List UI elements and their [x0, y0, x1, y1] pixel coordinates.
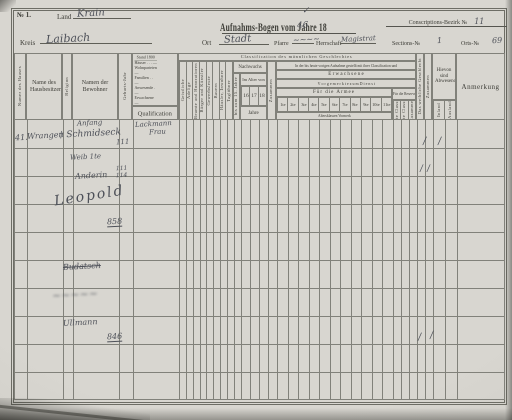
orts-value-handwriting: 69 [492, 37, 503, 46]
classification-title-bar: Classification des männlichen Geschlecht… [178, 53, 416, 61]
army-class-header: 4te [308, 98, 318, 111]
reserve-column-header: 2te Classe [400, 101, 407, 119]
table-header: Numer des Hauses Name des Hausbesitzers … [14, 53, 505, 120]
age-column-header: 18 [258, 87, 266, 105]
category-column-header: Gewerbsleute [206, 62, 213, 119]
kreis-value-handwriting: Laibach [46, 32, 91, 45]
land-label: Land [57, 14, 71, 21]
reserve-label: Für die Reserve [392, 88, 416, 100]
scanned-census-form: № 1. Land Krain Aufnahms-Bogen vom Jahre… [0, 0, 512, 420]
army-class-header: 8te [350, 98, 360, 111]
check-mark: ✓ [302, 7, 310, 16]
ort-blank-line: Stadt [219, 33, 269, 45]
conscription-label: Conscriptions-Bezirk № [409, 20, 468, 26]
corner-shadow-topleft [0, 0, 16, 12]
army-class-header: 7te [339, 98, 349, 111]
army-foot-label: Altersklassen Vormerk [276, 112, 392, 120]
sheet-number: № 1. [17, 12, 31, 19]
grid-horizontal-line [15, 288, 504, 289]
legend-row: Wohnparteien — [135, 66, 157, 76]
column-house-number: Numer des Hauses [14, 53, 26, 120]
grid-horizontal-line [15, 344, 504, 345]
qualification-category-columns: GeistlicheAdeligeBeamte und Honoratioren… [178, 61, 233, 120]
reserve-column-header: 1te Classe [393, 101, 400, 119]
ort-label: Ort [202, 40, 211, 47]
army-class-header: 6te [329, 98, 339, 111]
conscription-district-box: Conscriptions-Bezirk № 11 [386, 12, 507, 27]
orts-label: Orts-№ [461, 41, 479, 47]
army-label-bar: Für die Armee [276, 88, 392, 97]
grid-horizontal-line [15, 204, 504, 205]
kreis-label: Kreis [20, 40, 35, 47]
pfarre-blank-line: ~~~~ [292, 36, 314, 44]
grid-horizontal-line [15, 232, 504, 233]
grid-horizontal-line [15, 176, 504, 177]
grid-horizontal-line [15, 372, 504, 373]
table-body-grid [14, 120, 505, 400]
army-class-header: 2te [287, 98, 297, 111]
qualification-label: Qualification [132, 106, 178, 120]
earmarked-for-service-bar: V o r g e m e r k t e z u m D i e n s t [276, 79, 416, 88]
sections-label: Sections-№ [392, 41, 420, 47]
age-column-header: 17 [249, 87, 257, 105]
nachwuchs-label: Nachwuchs [233, 61, 267, 73]
category-column-header: Geistliche [179, 62, 186, 119]
age-unit-label: Jahre [240, 106, 267, 120]
category-column-header: Häusler, Inwohner [219, 62, 226, 119]
land-value-handwriting: Krain [77, 8, 105, 19]
remarks-column: Anmerkung [456, 53, 505, 120]
column-birth-year: Geburts-Jahr [118, 53, 132, 120]
legend-row: Anwesende . — [135, 86, 157, 96]
category-column-header: Taglöhner [225, 62, 232, 119]
grand-total-column: Zusammen [424, 53, 432, 120]
female-sex-column: Das weibliche Geschlecht [416, 53, 424, 120]
qualification-legend-box: Stand 1800Häuser . . . —Wohnparteien —Fa… [132, 53, 178, 106]
grid-horizontal-line [15, 260, 504, 261]
herrschaft-value-handwriting: Magistrat [341, 35, 376, 44]
army-class-header: 3te [298, 98, 308, 111]
sections-value-handwriting: 1 [437, 37, 443, 45]
army-class-header: 9te [360, 98, 370, 111]
absent-column-header: Ausland [444, 101, 455, 119]
adults-label-bar: E r w a c h s e n e [276, 70, 416, 79]
reserve-columns: 1te Classe2te ClasseZusammen [392, 100, 416, 120]
army-class-header: 1te [277, 98, 287, 111]
conscription-value-handwriting: 11 [474, 17, 484, 26]
reserve-column-header: Zusammen [408, 101, 415, 119]
qualification-legend: Stand 1800Häuser . . . —Wohnparteien —Fa… [133, 54, 158, 106]
category-column-header: Beamte und Honoratioren [192, 62, 199, 119]
herrschaft-blank-line: Magistrat [340, 36, 376, 44]
column-religion: Religion [62, 53, 72, 120]
absent-columns: InlandAusland [432, 100, 456, 120]
nachwuchs-total-column: Zusammen [267, 61, 276, 120]
category-column-header: Bauern [212, 62, 219, 119]
age-column-header: 16 [241, 87, 249, 105]
year-handwriting: 46 [297, 22, 309, 32]
adults-note-bar: In der bis heute vorigen Aufnahme gestel… [276, 61, 416, 70]
nachwuchs-under15-column: bis zum 15. Jahre [233, 73, 240, 120]
age-range-label: Im Alter von [240, 73, 267, 86]
right-edge-shadow [505, 0, 512, 420]
age-columns: 161718 [240, 86, 267, 106]
category-column-header: Bürger und Künstler [199, 62, 206, 119]
grid-horizontal-line [15, 316, 504, 317]
army-class-header: 5te [318, 98, 328, 111]
ort-value-handwriting: Stadt [224, 34, 252, 45]
army-class-header: 11te [381, 98, 391, 111]
legend-row: Erwachsene — [135, 96, 157, 106]
grid-horizontal-line [15, 148, 504, 149]
column-inhabitants: Namen der Bewohner [72, 53, 118, 120]
herrschaft-label: Herrschaft [316, 41, 341, 47]
column-house-owner: Name des Hausbesitzers [26, 53, 62, 120]
category-column-header: Adelige [186, 62, 193, 119]
absent-column-header: Inland [433, 101, 444, 119]
land-blank-line: Krain [73, 7, 131, 19]
army-class-columns: 1te2te3te4te5te6te7te8te9te10te11te [276, 97, 392, 112]
legend-row: Familien . . — [135, 76, 157, 86]
army-class-header: 10te [370, 98, 380, 111]
kreis-blank-line: Laibach [40, 32, 152, 44]
absent-label-box: Hievon sind Abwesende [432, 53, 456, 100]
pfarre-label: Pfarre [274, 41, 289, 47]
